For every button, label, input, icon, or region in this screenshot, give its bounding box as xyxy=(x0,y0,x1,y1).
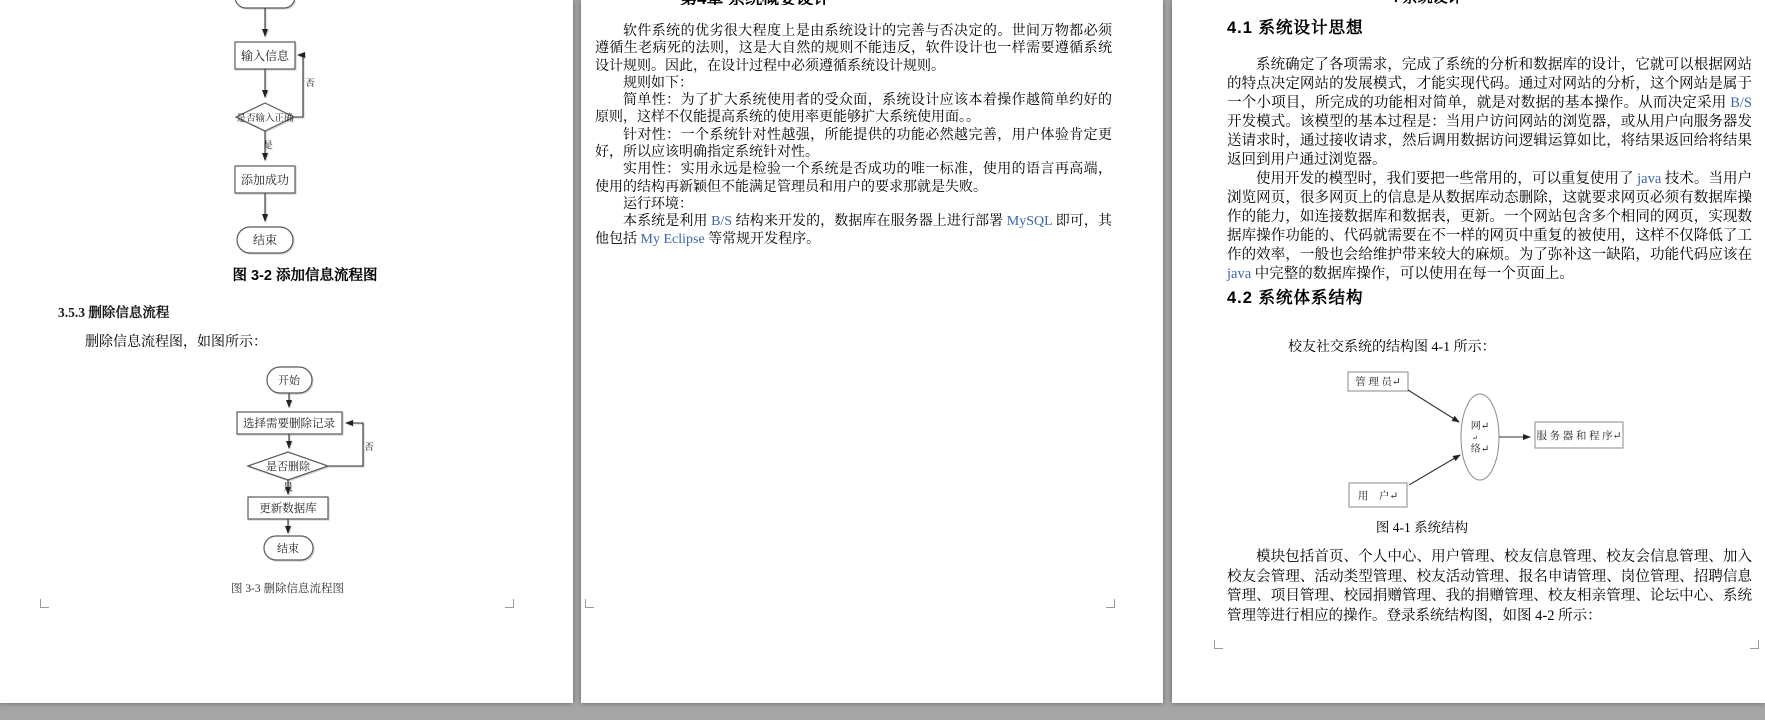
figure-4-1-intro: 校友社交系统的结构图 4-1 所示： xyxy=(1288,336,1496,356)
node-start-partial xyxy=(235,0,295,8)
document-viewer-canvas: { "colors": { "canvas_background": "#a5a… xyxy=(0,0,1765,720)
text-boundary-mark xyxy=(40,599,49,608)
paragraph: 本系统是利用 B/S 结构来开发的，数据库在服务器上进行部署 MySQL 即可，… xyxy=(595,213,1112,248)
node-start-label: 开始 xyxy=(278,373,301,387)
paragraph: 简单性：为了扩大系统使用者的受众面，系统设计应该本着操作越简单约好的原则，这样不… xyxy=(595,92,1112,127)
page3-body-text: 系统确定了各项需求，完成了系统的分析和数据库的设计，它就可以根据网站的特点决定网… xyxy=(1227,56,1752,284)
figure-caption-3-2: 图 3-2 添加信息流程图 xyxy=(150,264,460,285)
network-label-1: 网↵ xyxy=(1471,420,1489,432)
clipped-chapter-heading: 第4章 系统概要设计 xyxy=(680,0,870,5)
tech-term: java xyxy=(1227,266,1251,282)
node-success-label: 添加成功 xyxy=(241,172,289,187)
tech-term: B/S xyxy=(711,214,732,229)
tech-term: B/S xyxy=(1730,95,1752,111)
section-heading-3-5-3: 3.5.3 删除信息流程 xyxy=(58,301,169,321)
node-update-label: 更新数据库 xyxy=(259,501,317,515)
server-label: 服 务 器 和 程 序↵ xyxy=(1537,429,1622,442)
page-3: 4 系统设计 4.1 系统设计思想 系统确定了各项需求，完成了系统的分析和数据库… xyxy=(1172,0,1765,703)
text-boundary-mark xyxy=(505,599,514,608)
text-boundary-mark xyxy=(1750,640,1759,649)
node-end-label: 结束 xyxy=(253,232,277,247)
tech-term: java xyxy=(1637,171,1661,187)
flowchart-delete-info: 开始 选择需要删除记录 是否删除 否 是 更新数据库 结束 xyxy=(222,360,377,565)
text-boundary-mark xyxy=(1214,640,1223,649)
heading-4-1: 4.1 系统设计思想 xyxy=(1227,14,1364,38)
modules-paragraph: 模块包括首页、个人中心、用户管理、校友信息管理、校友会信息管理、加入校友会管理、… xyxy=(1227,548,1752,626)
node-decision-label: 是否输入正确 xyxy=(236,112,294,124)
network-label-2: ↵ xyxy=(1472,434,1478,442)
text-boundary-mark xyxy=(585,599,594,608)
network-ellipse xyxy=(1461,394,1499,480)
paragraph: 运行环境： xyxy=(595,196,1112,213)
delete-flow-intro: 删除信息流程图，如图所示： xyxy=(85,331,267,351)
admin-label: 管 理 员↵ xyxy=(1355,375,1401,388)
node-input-label: 输入信息 xyxy=(241,48,290,63)
text-boundary-mark xyxy=(1106,599,1115,608)
paragraph: 软件系统的优劣很大程度上是由系统设计的完善与否决定的。世间万物都必须遵循生老病死… xyxy=(595,23,1112,75)
heading-4-2: 4.2 系统体系结构 xyxy=(1227,284,1364,308)
page-1: 输入信息 是否输入正确 否 是 添加成功 结束 图 3-2 添加信息流程图 3.… xyxy=(0,0,573,703)
paragraph: 实用性：实用永远是检验一个系统是否成功的唯一标准，使用的语言再高端，使用的结构再… xyxy=(595,161,1112,196)
paragraph: 使用开发的模型时，我们要把一些常用的，可以重复使用了 java 技术。当用户浏览… xyxy=(1227,170,1752,284)
page-2: 第4章 系统概要设计 软件系统的优劣很大程度上是由系统设计的完善与否决定的。世间… xyxy=(581,0,1163,703)
figure-caption-4-1: 图 4-1 系统结构 xyxy=(1322,516,1522,536)
network-label-3: 络↵ xyxy=(1471,442,1489,455)
tech-term: MySQL xyxy=(1007,214,1052,229)
paragraph: 规则如下： xyxy=(595,75,1112,92)
label-no: 否 xyxy=(364,442,373,452)
paragraph: 模块包括首页、个人中心、用户管理、校友信息管理、校友会信息管理、加入校友会管理、… xyxy=(1227,548,1752,626)
clipped-chapter-heading: 4 系统设计 xyxy=(1390,0,1490,5)
node-end-label: 结束 xyxy=(277,541,299,555)
label-no: 否 xyxy=(305,78,314,88)
flowchart-add-info: 输入信息 是否输入正确 否 是 添加成功 结束 xyxy=(195,0,320,258)
user-label: 用 户↵ xyxy=(1358,489,1398,502)
figure-caption-3-3: 图 3-3 删除信息流程图 xyxy=(180,580,395,596)
system-structure-diagram: 管 理 员↵ 网↵ ↵ 络↵ 服 务 器 和 程 序↵ 用 户↵ xyxy=(1337,368,1637,518)
paragraph: 系统确定了各项需求，完成了系统的分析和数据库的设计，它就可以根据网站的特点决定网… xyxy=(1227,56,1752,170)
node-decision-label: 是否删除 xyxy=(266,459,311,473)
paragraph: 针对性：一个系统针对性越强，所能提供的功能必然越完善，用户体验肯定更好，所以应该… xyxy=(595,127,1112,162)
node-select-label: 选择需要删除记录 xyxy=(243,416,335,430)
page2-body-text: 软件系统的优劣很大程度上是由系统设计的完善与否决定的。世间万物都必须遵循生老病死… xyxy=(595,23,1112,248)
tech-term: My Eclipse xyxy=(641,232,705,247)
